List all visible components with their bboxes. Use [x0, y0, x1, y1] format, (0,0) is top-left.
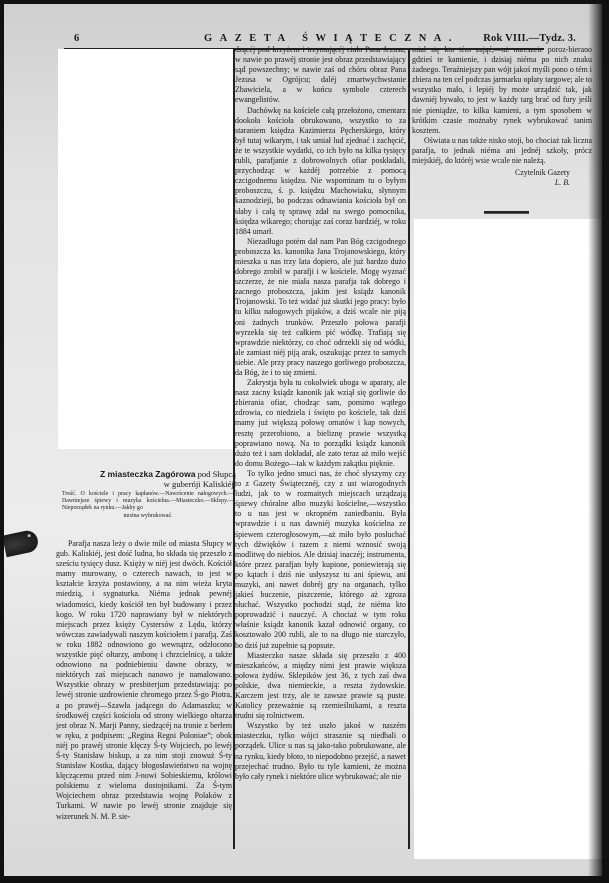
- paragraph: Dachówkę na kościele całą przełożono, cm…: [235, 106, 406, 237]
- article-title-bold: Z miasteczka Zagórowa: [100, 469, 195, 479]
- summary-last-line: można wybrukować.: [62, 513, 234, 520]
- article-subtitle: w guberńji Kaliskiéj.: [164, 479, 236, 489]
- paragraph: Niezadługo potém dał nam Pan Bóg czcigod…: [235, 237, 406, 378]
- paragraph: Wszystko by też uszło jakoś w naszém mia…: [235, 721, 406, 782]
- newspaper-page: 6 GAZETA ŚWIĄTECZNA. Rok VIII.—Tydz. 3. …: [4, 4, 602, 876]
- issue-info: Rok VIII.—Tydz. 3.: [483, 33, 576, 44]
- article-summary: Treść. O kościele i pracy kapłanów.—Nawr…: [62, 491, 234, 520]
- right-column: miał się kto tém zająć,—aż nareszcie por…: [412, 45, 592, 188]
- blank-region-right-bottom: [414, 219, 602, 859]
- article-title: Z miasteczka Zagórowa pod Słupcą w guber…: [64, 469, 236, 489]
- paragraph: Zakrystja była tu cokolwiek uboga w apar…: [235, 378, 406, 469]
- signature-name: Czytelnik Gazety: [412, 168, 592, 178]
- paragraph: Oświata u nas także nisko stoji, bo choc…: [412, 136, 592, 166]
- middle-column: dzącéj pod krzyżem i trzymającéj ciało P…: [235, 45, 406, 782]
- left-column: Parafja nasza leży o dwie mile od miasta…: [56, 539, 232, 822]
- newspaper-title: GAZETA ŚWIĄTECZNA.: [204, 33, 459, 44]
- paragraph: Miasteczko nasze składa się przeszło z 4…: [235, 651, 406, 722]
- paragraph: Parafja nasza leży o dwie mile od miasta…: [56, 539, 232, 822]
- column-divider-right: [408, 49, 410, 849]
- article-title-rest: pod Słupcą: [195, 469, 236, 479]
- scanner-thumb-artifact: [4, 529, 40, 558]
- summary-text: Treść. O kościele i pracy kapłanów.—Nawr…: [62, 491, 234, 511]
- signature: Czytelnik Gazety L. B.: [412, 168, 592, 188]
- end-rule: [484, 211, 529, 214]
- paragraph: dzącéj pod krzyżem i trzymającéj ciało P…: [235, 45, 406, 106]
- signature-initials: L. B.: [412, 178, 592, 188]
- page-number: 6: [74, 33, 79, 44]
- blank-region-left-top: [58, 49, 234, 449]
- paragraph: miał się kto tém zająć,—aż nareszcie por…: [412, 45, 592, 136]
- paragraph: To tylko jedno smuci nas, że choć słyszy…: [235, 469, 406, 651]
